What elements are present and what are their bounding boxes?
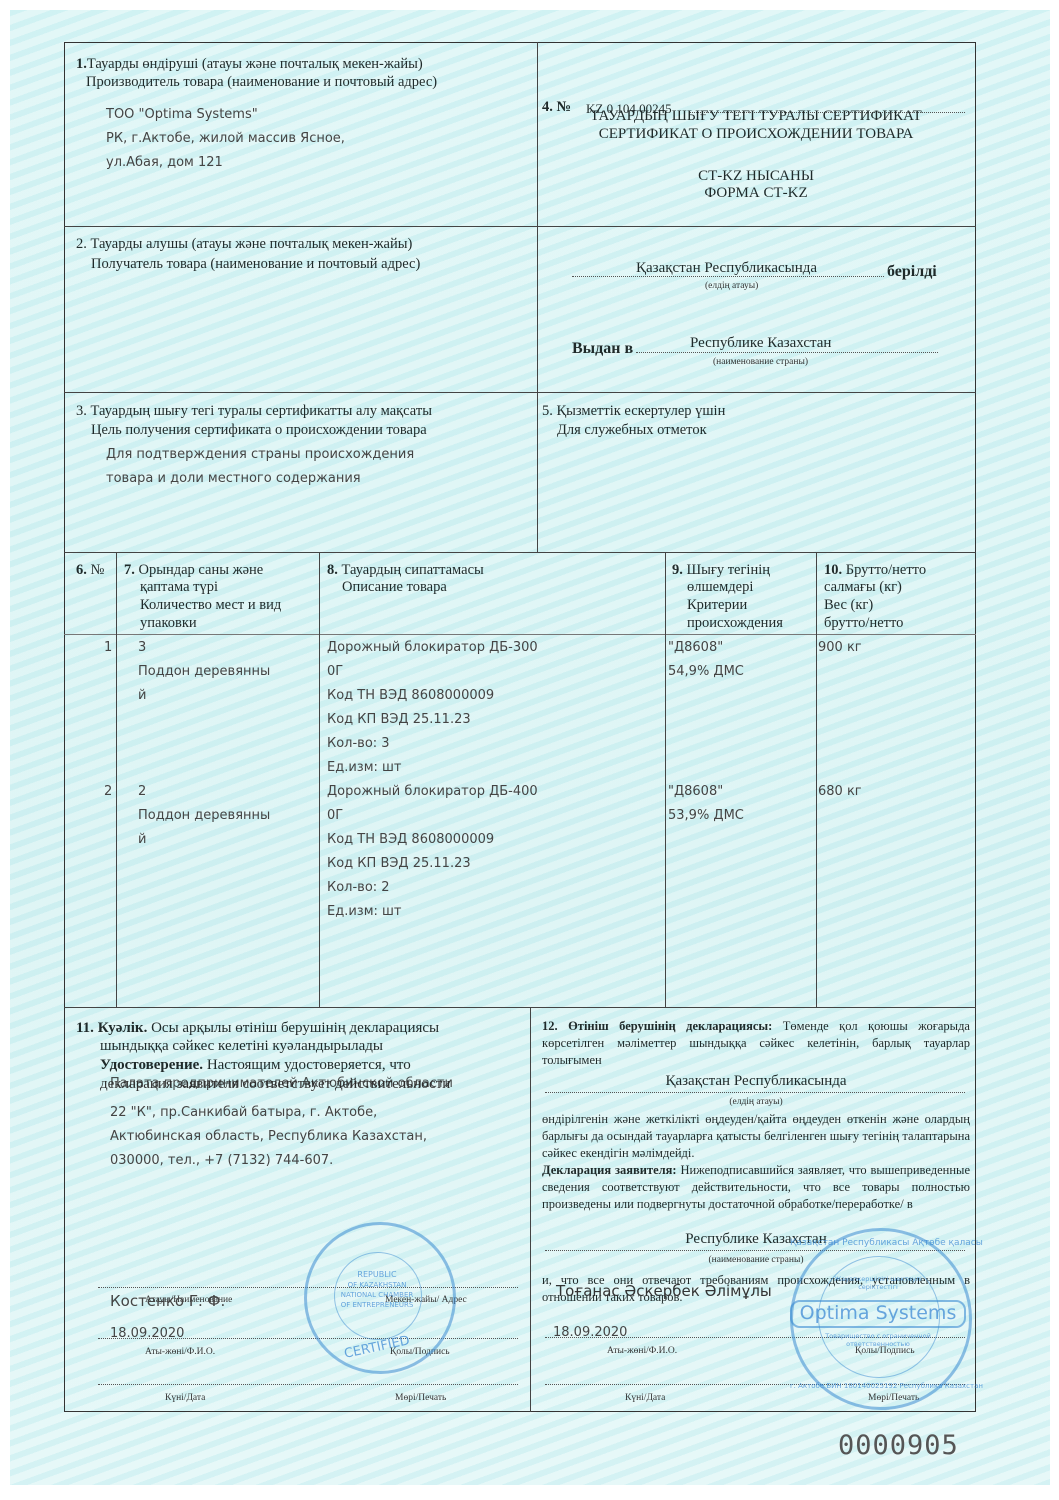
- country-hint-kz: (елдің атауы): [540, 1092, 972, 1112]
- description-cell: Дорожный блокиратор ДБ-400: [327, 782, 538, 802]
- stamp-company: Optima Systems: [790, 1302, 966, 1324]
- purpose-label-ru: Цель получения сертификата о происхожден…: [91, 420, 427, 440]
- col-text: упаковки: [140, 613, 197, 633]
- seal-label: Мөрі/Печать: [395, 1388, 446, 1408]
- applicant-name: Тоғанас Әскербек Әлімұлы: [556, 1281, 772, 1301]
- country-hint-kz: (елдің атауы): [705, 276, 758, 296]
- declaration-kz: 12. Өтініш берушінің декларациясы: Төмен…: [542, 1018, 970, 1069]
- packages-cell: й: [138, 686, 146, 706]
- col-text: Брутто/нетто: [846, 562, 926, 578]
- certification-title-ru: Удостоверение. Настоящим удостоверяется,…: [100, 1055, 500, 1075]
- title: Удостоверение.: [100, 1057, 203, 1073]
- packages-cell: й: [138, 830, 146, 850]
- field-number: 11.: [76, 1020, 94, 1036]
- description-cell: Кол-во: 3: [327, 734, 390, 754]
- divider: [816, 552, 817, 1007]
- field-number: 1.: [76, 56, 87, 72]
- producer-address-line: ул.Абая, дом 121: [106, 153, 223, 173]
- description-cell: Ед.изм: шт: [327, 902, 401, 922]
- divider: [319, 552, 320, 1007]
- description-cell: Код КП ВЭД 25.11.23: [327, 854, 471, 874]
- divider: [64, 226, 976, 227]
- date-label: Күні/Дата: [165, 1388, 205, 1408]
- divider: [530, 1007, 531, 1412]
- row-number: 2: [104, 782, 112, 802]
- stamp-text: NATIONAL CHAMBER: [334, 1291, 420, 1299]
- col-number: 8.: [327, 562, 338, 578]
- consignee-label-ru: Получатель товара (наименование и почтов…: [91, 254, 420, 274]
- text: Осы арқылы өтініш берушінің декларациясы: [151, 1020, 439, 1036]
- col-number: 7.: [124, 562, 135, 578]
- col-number: 9.: [672, 562, 683, 578]
- description-cell: 0Г: [327, 662, 343, 682]
- country-hint-ru: (наименование страны): [713, 352, 808, 372]
- producer-name: ТОО "Optima Systems": [106, 105, 258, 125]
- stamp-text: Жауапкершілігі шектеулі серіктестігі: [818, 1275, 938, 1291]
- divider: [665, 552, 666, 1007]
- notes-label-ru: Для служебных отметок: [557, 420, 707, 440]
- title: Куәлік.: [98, 1020, 148, 1036]
- col-text: Критерии: [687, 595, 747, 615]
- stamp-text: Қазақстан Республикасы Ақтөбе қаласы: [790, 1238, 966, 1248]
- certification-text-kz: шындыққа сәйкес келетіні куәландырылады: [100, 1036, 383, 1056]
- text: Настоящим удостоверяется, что: [207, 1057, 411, 1073]
- title: Декларация заявителя:: [542, 1163, 677, 1177]
- certification-title-kz: 11. Куәлік. Осы арқылы өтініш берушінің …: [76, 1018, 439, 1038]
- issued-country-kz: Қазақстан Республикасында: [636, 258, 817, 278]
- serial-number: 0000905: [838, 1430, 959, 1461]
- issued-suffix-kz: берілді: [887, 262, 937, 282]
- certificate-title-kz: ТАУАРДЫҢ ШЫҒУ ТЕГІ ТУРАЛЫ СЕРТИФИКАТ: [540, 106, 972, 126]
- description-cell: Ед.изм: шт: [327, 758, 401, 778]
- chamber-address-line: Актюбинская область, Республика Казахста…: [110, 1127, 427, 1147]
- col-text: салмағы (кг): [824, 577, 902, 597]
- divider: [64, 552, 976, 553]
- certificate-title-ru: СЕРТИФИКАТ О ПРОИСХОЖДЕНИИ ТОВАРА: [540, 124, 972, 144]
- col-number: 6.: [76, 562, 87, 578]
- packages-cell: 2: [138, 782, 146, 802]
- producer-label-kz: Тауарды өндіруші (атауы және почталық ме…: [87, 56, 423, 72]
- col-text: Орындар саны және: [139, 562, 264, 578]
- form-label-ru: ФОРМА СТ-KZ: [540, 183, 972, 203]
- purpose-label-kz: 3. Тауардың шығу тегі туралы сертификатт…: [76, 401, 432, 421]
- col-text: Тауардың сипаттамасы: [342, 562, 484, 578]
- fio-label: Аты-жөні/Ф.И.О.: [145, 1342, 215, 1362]
- producer-address-line: РК, г.Актобе, жилой массив Ясное,: [106, 129, 345, 149]
- col-text: №: [91, 562, 105, 578]
- issued-prefix-ru: Выдан в: [572, 339, 633, 359]
- packages-cell: 3: [138, 638, 146, 658]
- purpose-text: Для подтверждения страны происхождения: [106, 445, 414, 465]
- criteria-cell: "Д8608": [668, 782, 723, 802]
- stamp-text: OF ENTREPRENEURS: [334, 1301, 420, 1309]
- col-text: Описание товара: [342, 577, 447, 597]
- stamp-text: Товарищество с ограниченной ответственно…: [818, 1332, 938, 1348]
- purpose-text: товара и доли местного содержания: [106, 469, 361, 489]
- description-cell: Код ТН ВЭД 8608000009: [327, 830, 494, 850]
- issued-country-ru: Республике Казахстан: [690, 333, 831, 353]
- col-text: брутто/нетто: [824, 613, 903, 633]
- col-text: өлшемдері: [687, 577, 753, 597]
- row-number: 1: [104, 638, 112, 658]
- stamp-text: г. Актобе БИН 180140025192 Республика Ка…: [790, 1382, 966, 1390]
- date-label: Күні/Дата: [625, 1388, 665, 1408]
- declaration-date: 18.09.2020: [553, 1323, 627, 1343]
- description-cell: 0Г: [327, 806, 343, 826]
- certifier-name: Костенко Г. Ф.: [110, 1291, 225, 1311]
- description-cell: Кол-во: 2: [327, 878, 390, 898]
- certification-date: 18.09.2020: [110, 1324, 184, 1344]
- col-text: происхождения: [687, 613, 783, 633]
- description-cell: Код КП ВЭД 25.11.23: [327, 710, 471, 730]
- criteria-cell: "Д8608": [668, 638, 723, 658]
- packages-cell: Поддон деревянны: [138, 662, 270, 682]
- notes-label-kz: 5. Қызметтік ескертулер үшін: [542, 401, 725, 421]
- divider: [537, 42, 538, 552]
- stamp-text: REPUBLIC: [334, 1270, 420, 1279]
- title: 12. Өтініш берушінің декларациясы:: [542, 1019, 772, 1033]
- divider: [64, 1007, 976, 1008]
- description-cell: Код ТН ВЭД 8608000009: [327, 686, 494, 706]
- packages-cell: Поддон деревянны: [138, 806, 270, 826]
- declaration-country-kz: Қазақстан Республикасында: [540, 1071, 972, 1091]
- consignee-label-kz: 2. Тауарды алушы (атауы және почталық ме…: [76, 234, 412, 254]
- fio-label: Аты-жөні/Ф.И.О.: [607, 1341, 677, 1361]
- description-cell: Дорожный блокиратор ДБ-300: [327, 638, 538, 658]
- declaration-text-kz: өндірілгенін және жеткілікті өңдеуден/қа…: [542, 1111, 970, 1162]
- col-text: қаптама түрі: [140, 577, 218, 597]
- col-header-no: 6. №: [76, 560, 104, 580]
- col-number: 10.: [824, 562, 842, 578]
- weight-cell: 900 кг: [818, 638, 862, 658]
- col-text: Вес (кг): [824, 595, 873, 615]
- weight-cell: 680 кг: [818, 782, 862, 802]
- divider: [116, 552, 117, 1007]
- divider: [64, 634, 976, 635]
- chamber-address-line: 030000, тел., +7 (7132) 744-607.: [110, 1151, 333, 1171]
- declaration-ru: Декларация заявителя: Нижеподписавшийся …: [542, 1162, 970, 1213]
- col-text: Шығу тегінің: [687, 562, 771, 578]
- stamp-text: OF KAZAKHSTAN: [334, 1281, 420, 1289]
- criteria-cell: 54,9% ДМС: [668, 662, 744, 682]
- chamber-address-line: 22 "К", пр.Санкибай батыра, г. Актобе,: [110, 1103, 377, 1123]
- criteria-cell: 53,9% ДМС: [668, 806, 744, 826]
- col-text: Количество мест и вид: [140, 595, 281, 615]
- dotted-line: [98, 1384, 518, 1385]
- divider: [64, 392, 976, 393]
- chamber-name: Палата предпринимателей Актюбинской обла…: [110, 1074, 453, 1094]
- producer-label-ru: Производитель товара (наименование и поч…: [86, 72, 437, 92]
